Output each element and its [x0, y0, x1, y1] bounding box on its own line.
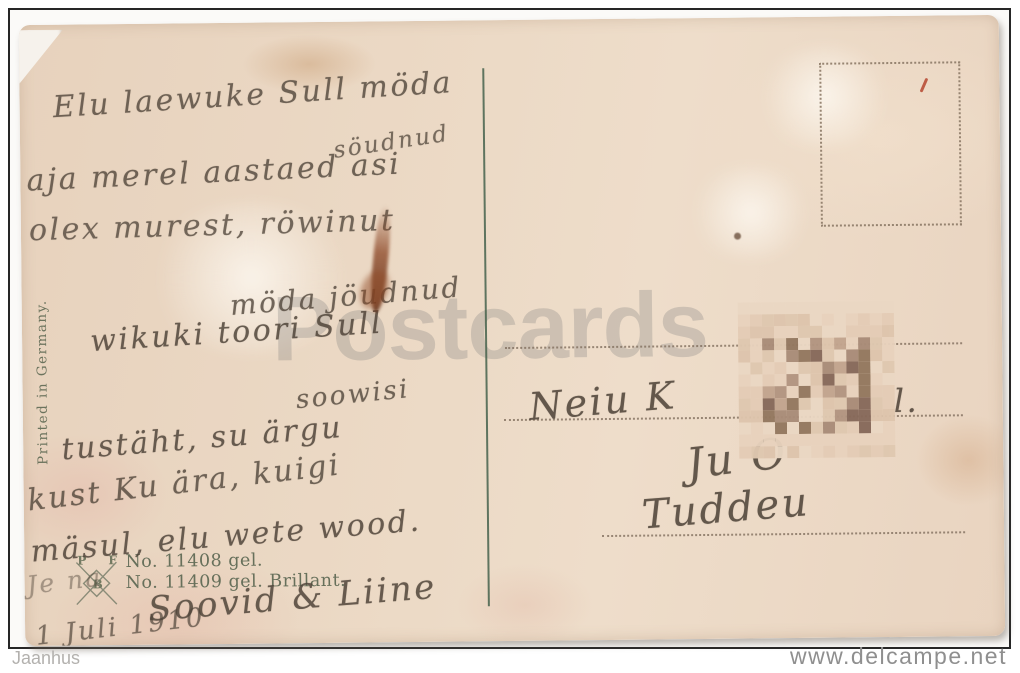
mosaic-cell [762, 326, 774, 338]
mosaic-cell [822, 302, 834, 314]
mosaic-cell [882, 361, 894, 373]
mosaic-cell [871, 385, 883, 397]
mosaic-cell [882, 373, 894, 385]
mosaic-cell [787, 446, 799, 458]
printed-in-germany-label: Printed in Germany. [34, 287, 52, 465]
mosaic-cell [883, 421, 895, 433]
mosaic-cell [810, 362, 822, 374]
mosaic-cell [871, 409, 883, 421]
address-line: Neiu K [527, 373, 678, 429]
handwriting-line: 1 Juli 1910 [34, 602, 207, 646]
delcampe-watermark: www.delcampe.net [790, 643, 1007, 670]
mosaic-cell [846, 313, 858, 325]
mosaic-cell [775, 410, 787, 422]
mosaic-cell [762, 350, 774, 362]
mosaic-cell [847, 421, 859, 433]
mosaic-cell [847, 445, 859, 457]
mosaic-cell [786, 314, 798, 326]
mosaic-cell [847, 397, 859, 409]
mosaic-cell [739, 447, 751, 459]
mosaic-cell [859, 397, 871, 409]
mosaic-cell [798, 362, 810, 374]
handwriting-line: aja merel aastaed asi [26, 147, 402, 199]
mosaic-cell [859, 421, 871, 433]
mosaic-cell [798, 326, 810, 338]
mosaic-cell [859, 409, 871, 421]
stamp-box [819, 61, 962, 226]
mosaic-cell [774, 374, 786, 386]
stain-speck [734, 233, 741, 240]
mosaic-cell [871, 433, 883, 445]
mosaic-cell [774, 314, 786, 326]
mosaic-cell [774, 338, 786, 350]
mosaic-cell [750, 338, 762, 350]
mosaic-cell [750, 350, 762, 362]
mosaic-cell [786, 326, 798, 338]
mosaic-cell [859, 385, 871, 397]
mosaic-cell [870, 349, 882, 361]
mosaic-cell [763, 446, 775, 458]
mosaic-cell [823, 434, 835, 446]
mosaic-cell [775, 446, 787, 458]
mosaic-cell [775, 386, 787, 398]
mosaic-cell [738, 327, 750, 339]
mosaic-cell [835, 421, 847, 433]
mosaic-cell [751, 386, 763, 398]
mosaic-cell [859, 433, 871, 445]
mosaic-cell [871, 421, 883, 433]
mosaic-cell [775, 434, 787, 446]
mosaic-cell [799, 434, 811, 446]
mosaic-cell [750, 326, 762, 338]
mosaic-cell [799, 410, 811, 422]
mosaic-cell [847, 409, 859, 421]
mosaic-cell [835, 397, 847, 409]
mosaic-cell [751, 446, 763, 458]
mosaic-cell [774, 302, 786, 314]
mosaic-cell [823, 410, 835, 422]
mosaic-cell [763, 410, 775, 422]
seller-watermark: Jaanhus [12, 648, 80, 669]
mosaic-cell [811, 398, 823, 410]
mosaic-cell [822, 362, 834, 374]
mosaic-cell [762, 314, 774, 326]
mosaic-cell [798, 302, 810, 314]
mosaic-cell [870, 373, 882, 385]
mosaic-cell [739, 411, 751, 423]
mosaic-cell [763, 398, 775, 410]
mosaic-cell [763, 434, 775, 446]
mosaic-cell [738, 351, 750, 363]
mosaic-cell [871, 397, 883, 409]
mosaic-cell [762, 362, 774, 374]
mosaic-cell [798, 350, 810, 362]
mosaic-cell [738, 375, 750, 387]
mosaic-cell [823, 386, 835, 398]
mosaic-cell [762, 302, 774, 314]
mosaic-cell [835, 433, 847, 445]
mosaic-cell [822, 314, 834, 326]
mosaic-cell [858, 313, 870, 325]
mosaic-cell [775, 398, 787, 410]
mosaic-cell [787, 422, 799, 434]
mosaic-cell [847, 433, 859, 445]
mosaic-cell [739, 435, 751, 447]
mosaic-cell [774, 362, 786, 374]
mosaic-cell [882, 349, 894, 361]
mosaic-cell [738, 339, 750, 351]
mosaic-cell [882, 313, 894, 325]
mosaic-cell [810, 338, 822, 350]
mosaic-cell [811, 386, 823, 398]
mosaic-cell [738, 303, 750, 315]
mosaic-cell [810, 374, 822, 386]
mosaic-cell [883, 409, 895, 421]
mosaic-cell [810, 326, 822, 338]
mosaic-cell [883, 397, 895, 409]
mosaic-cell [846, 301, 858, 313]
embossed-flower [685, 167, 816, 258]
mosaic-cell [810, 314, 822, 326]
mosaic-cell [846, 361, 858, 373]
mosaic-cell [751, 398, 763, 410]
mosaic-cell [811, 410, 823, 422]
mosaic-cell [858, 337, 870, 349]
mosaic-cell [822, 326, 834, 338]
mosaic-cell [751, 410, 763, 422]
mosaic-cell [738, 363, 750, 375]
mosaic-cell [858, 301, 870, 313]
postcard-back: Postcards Printed in Germany. P F B No. … [19, 15, 1005, 646]
mosaic-cell [811, 434, 823, 446]
mosaic-cell [810, 350, 822, 362]
handwriting-line: Elu laewuke Sull möda [52, 65, 454, 125]
mosaic-cell [846, 325, 858, 337]
mosaic-cell [883, 385, 895, 397]
mosaic-cell [751, 434, 763, 446]
mosaic-cell [822, 338, 834, 350]
mosaic-cell [834, 314, 846, 326]
mosaic-cell [763, 422, 775, 434]
mosaic-cell [870, 325, 882, 337]
mosaic-cell [834, 326, 846, 338]
mosaic-cell [859, 445, 871, 457]
mosaic-cell [799, 398, 811, 410]
mosaic-cell [882, 325, 894, 337]
mosaic-cell [750, 362, 762, 374]
mosaic-cell [798, 314, 810, 326]
mosaic-cell [787, 398, 799, 410]
mosaic-cell [798, 374, 810, 386]
mosaic-cell [762, 338, 774, 350]
mosaic-cell [883, 433, 895, 445]
mosaic-cell [871, 445, 883, 457]
mosaic-cell [787, 386, 799, 398]
mosaic-cell [883, 445, 895, 457]
mosaic-cell [834, 350, 846, 362]
mosaic-cell [762, 374, 774, 386]
mosaic-cell [882, 337, 894, 349]
mosaic-cell [786, 350, 798, 362]
mosaic-cell [811, 422, 823, 434]
mosaic-cell [739, 423, 751, 435]
mosaic-cell [858, 325, 870, 337]
mosaic-cell [774, 326, 786, 338]
mosaic-cell [799, 386, 811, 398]
mosaic-cell [787, 410, 799, 422]
mosaic-cell [822, 350, 834, 362]
mosaic-cell [786, 362, 798, 374]
mosaic-cell [738, 315, 750, 327]
mosaic-cell [834, 338, 846, 350]
mosaic-cell [846, 349, 858, 361]
mosaic-cell [774, 350, 786, 362]
mosaic-cell [870, 313, 882, 325]
mosaic-cell [858, 373, 870, 385]
mosaic-cell [786, 374, 798, 386]
mosaic-cell [811, 446, 823, 458]
mosaic-cell [799, 446, 811, 458]
mosaic-cell [846, 337, 858, 349]
mosaic-cell [822, 374, 834, 386]
address-line: l. [894, 382, 920, 420]
mosaic-cell [858, 349, 870, 361]
mosaic-cell [787, 434, 799, 446]
mosaic-cell [870, 301, 882, 313]
mosaic-cell [775, 422, 787, 434]
mosaic-cell [739, 399, 751, 411]
mosaic-cell [786, 338, 798, 350]
mosaic-cell [835, 445, 847, 457]
mosaic-cell [835, 409, 847, 421]
mosaic-cell [750, 374, 762, 386]
mosaic-cell [810, 302, 822, 314]
mosaic-cell [763, 386, 775, 398]
censored-name-mosaic [738, 301, 896, 459]
mosaic-cell [870, 361, 882, 373]
mosaic-cell [858, 361, 870, 373]
mosaic-cell [846, 373, 858, 385]
mosaic-cell [834, 362, 846, 374]
mosaic-cell [823, 422, 835, 434]
scanned-postcard-image: Postcards Printed in Germany. P F B No. … [0, 0, 1020, 673]
mosaic-cell [834, 373, 846, 385]
mosaic-cell [750, 302, 762, 314]
mosaic-cell [882, 301, 894, 313]
mosaic-cell [739, 387, 751, 399]
mosaic-cell [823, 446, 835, 458]
mosaic-cell [750, 314, 762, 326]
mosaic-cell [835, 385, 847, 397]
address-line: Tuddeu [640, 479, 811, 538]
mosaic-cell [823, 398, 835, 410]
damaged-corner [19, 30, 64, 86]
mosaic-cell [786, 302, 798, 314]
mosaic-cell [798, 338, 810, 350]
mosaic-cell [834, 302, 846, 314]
mosaic-cell [847, 385, 859, 397]
mosaic-cell [870, 337, 882, 349]
mosaic-cell [799, 422, 811, 434]
mosaic-cell [751, 422, 763, 434]
